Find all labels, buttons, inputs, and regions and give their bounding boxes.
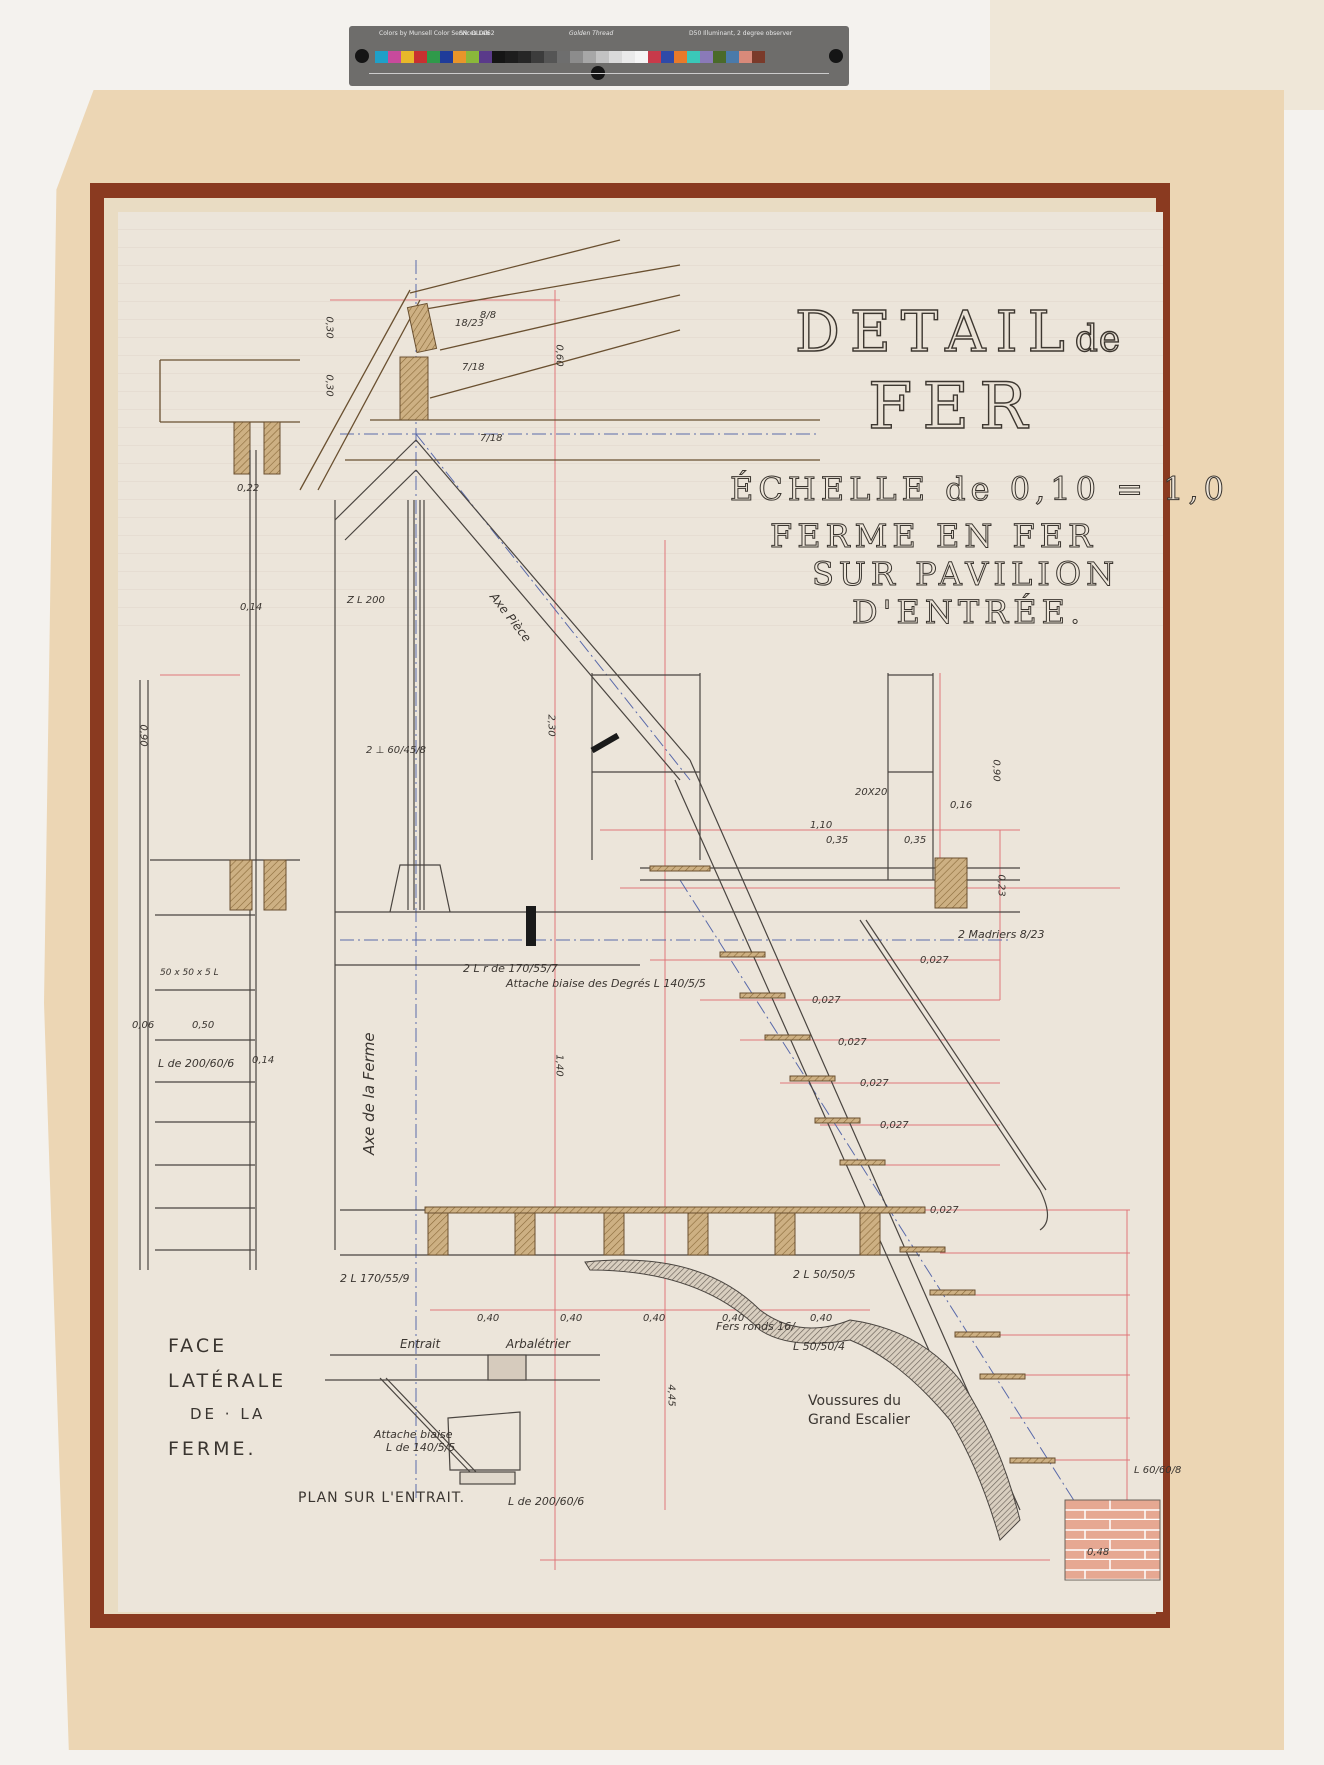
face-label-2: LATÉRALE — [168, 1370, 286, 1392]
dim-spacing-3: 0,40 — [643, 1313, 665, 1324]
scale-label: ÉCHELLE de 0,10 = 1,0 — [730, 470, 1229, 508]
title-de: de — [1075, 319, 1121, 360]
technical-drawing — [0, 0, 1324, 1765]
madriers-label: 2 Madriers 8/23 — [958, 928, 1045, 941]
dim-platform-a: 0,35 — [826, 835, 848, 846]
l-50-label: L 50/50/4 — [793, 1340, 845, 1353]
dim-platform-b: 0,35 — [904, 835, 926, 846]
attache-degres-label: Attache biaise des Degrés L 140/5/5 — [506, 977, 706, 990]
face-label-1: FACE — [168, 1335, 227, 1357]
dim-ladder-height: 0,90 — [138, 724, 149, 746]
dim-base: 0,48 — [1087, 1547, 1109, 1558]
dim-roof-j: 0,30 — [324, 374, 335, 396]
dim-roof-h: 0,60 — [554, 344, 565, 366]
plan-entrait — [325, 1355, 600, 1484]
dim-tread-5: 0,027 — [880, 1120, 909, 1131]
axe-ferme-label: Axe de la Ferme — [360, 1032, 378, 1155]
beam-sections — [428, 733, 967, 1255]
l-200-label: L de 200/60/6 — [508, 1495, 584, 1508]
subtitle-line3: D'ENTRÉE. — [852, 593, 1085, 631]
voussures-label-2: Grand Escalier — [808, 1412, 910, 1428]
dim-h3: 4,45 — [666, 1384, 677, 1406]
dim-rail-height: 0,90 — [991, 759, 1002, 781]
dim-roof-b: 18/23 — [455, 318, 484, 329]
subtitle-line1: FERME EN FER — [770, 517, 1097, 555]
dim-tread-6: 0,027 — [930, 1205, 959, 1216]
dim-ladder-width: 0,50 — [192, 1020, 214, 1031]
dim-ladder-mid: 0,14 — [252, 1055, 274, 1066]
dim-tread-2: 0,027 — [812, 995, 841, 1006]
ridge-section — [400, 357, 428, 420]
arbaletrier-label: Arbalétrier — [506, 1337, 570, 1351]
dim-tread-1: 0,027 — [920, 955, 949, 966]
subtitle-line2: SUR PAVILION — [812, 555, 1119, 593]
dim-spacing-4: 0,40 — [722, 1313, 744, 1324]
dim-roof-d: 7/18 — [480, 433, 502, 444]
two-l-170-label: 2 L 170/55/9 — [340, 1272, 410, 1285]
brick-base — [1065, 1500, 1160, 1580]
title-detail: DETAIL — [795, 300, 1075, 365]
dim-spacing-5: 0,40 — [810, 1313, 832, 1324]
plan-entrait-label: PLAN SUR L'ENTRAIT. — [298, 1490, 465, 1506]
dim-roof-c: 7/18 — [462, 362, 484, 373]
gauge-label: 20X20 — [855, 787, 887, 798]
two-t-60-label: 2 ⊥ 60/45/8 — [366, 745, 426, 756]
dim-roof-i: 0,30 — [324, 316, 335, 338]
dim-beam: 0,23 — [996, 874, 1007, 896]
dim-spacing-1: 0,40 — [477, 1313, 499, 1324]
voussures-stone — [585, 1260, 1020, 1540]
voussures-label-1: Voussures du — [808, 1393, 901, 1409]
purlin-section — [407, 303, 436, 352]
dim-h2: 1,40 — [554, 1054, 565, 1076]
dim-tread-3: 0,027 — [838, 1037, 867, 1048]
fer-170-label: 2 L r de 170/55/7 — [463, 962, 558, 975]
title-line1: DETAILde — [795, 300, 1121, 365]
dim-h1: 2,30 — [546, 714, 557, 736]
attache-biaise-plan-2: L de 140/5/5 — [386, 1441, 455, 1454]
dim-platform-total: 1,10 — [810, 820, 832, 831]
dim-tread-4: 0,027 — [860, 1078, 889, 1089]
entrait-label: Entrait — [400, 1337, 440, 1351]
dim-rail-offset: 0,16 — [950, 800, 972, 811]
face-label-3: DE · LA — [190, 1405, 265, 1423]
roof-rafters — [160, 240, 820, 490]
dim-ladder-edge: 0,06 — [132, 1020, 154, 1031]
attache-biaise-plan-1: Attache biaise — [374, 1428, 453, 1441]
ladder-angle-label: 50 x 50 x 5 L — [160, 968, 219, 978]
dim-spacing-2: 0,40 — [560, 1313, 582, 1324]
dim-ladder-total: 0,22 — [237, 483, 259, 494]
l-60-label: L 60/60/8 — [1134, 1465, 1181, 1476]
face-label-4: FERME. — [168, 1438, 257, 1460]
z-200-label: Z L 200 — [347, 595, 385, 606]
blue-axis-lines — [340, 260, 1080, 1510]
two-l-50-label: 2 L 50/50/5 — [793, 1268, 856, 1281]
dim-ladder-side: 0,14 — [240, 602, 262, 613]
title-line2: FER — [868, 370, 1037, 444]
ladder-l-label: L de 200/60/6 — [158, 1057, 234, 1070]
